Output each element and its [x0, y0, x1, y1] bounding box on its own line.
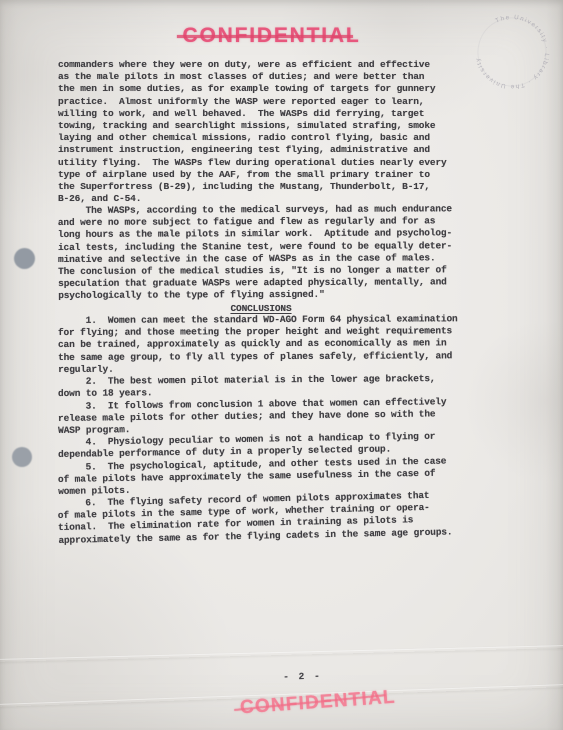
page-number: - 2 -	[21, 666, 563, 687]
paragraph-1: commanders where they were on duty, were…	[58, 59, 500, 205]
binder-hole-mark-top	[14, 248, 35, 269]
binder-hole-mark-bottom	[12, 447, 32, 467]
paragraph-2: The WASPs, according to the medical surv…	[58, 204, 500, 304]
typewritten-text-block: commanders where they were on duty, were…	[58, 59, 500, 547]
conclusion-item-6: 6. The flying safety record of women pil…	[57, 489, 500, 547]
confidential-stamp-bottom: CONFIDENTIAL	[239, 687, 396, 720]
conclusion-item-1: 1. Women can meet the standard WD-AGO Fo…	[58, 313, 500, 376]
crease-line-1	[0, 645, 563, 662]
strikethrough-line-top	[176, 35, 352, 38]
scanned-document-page: CONFIDENTIAL The University · Library · …	[0, 0, 563, 730]
